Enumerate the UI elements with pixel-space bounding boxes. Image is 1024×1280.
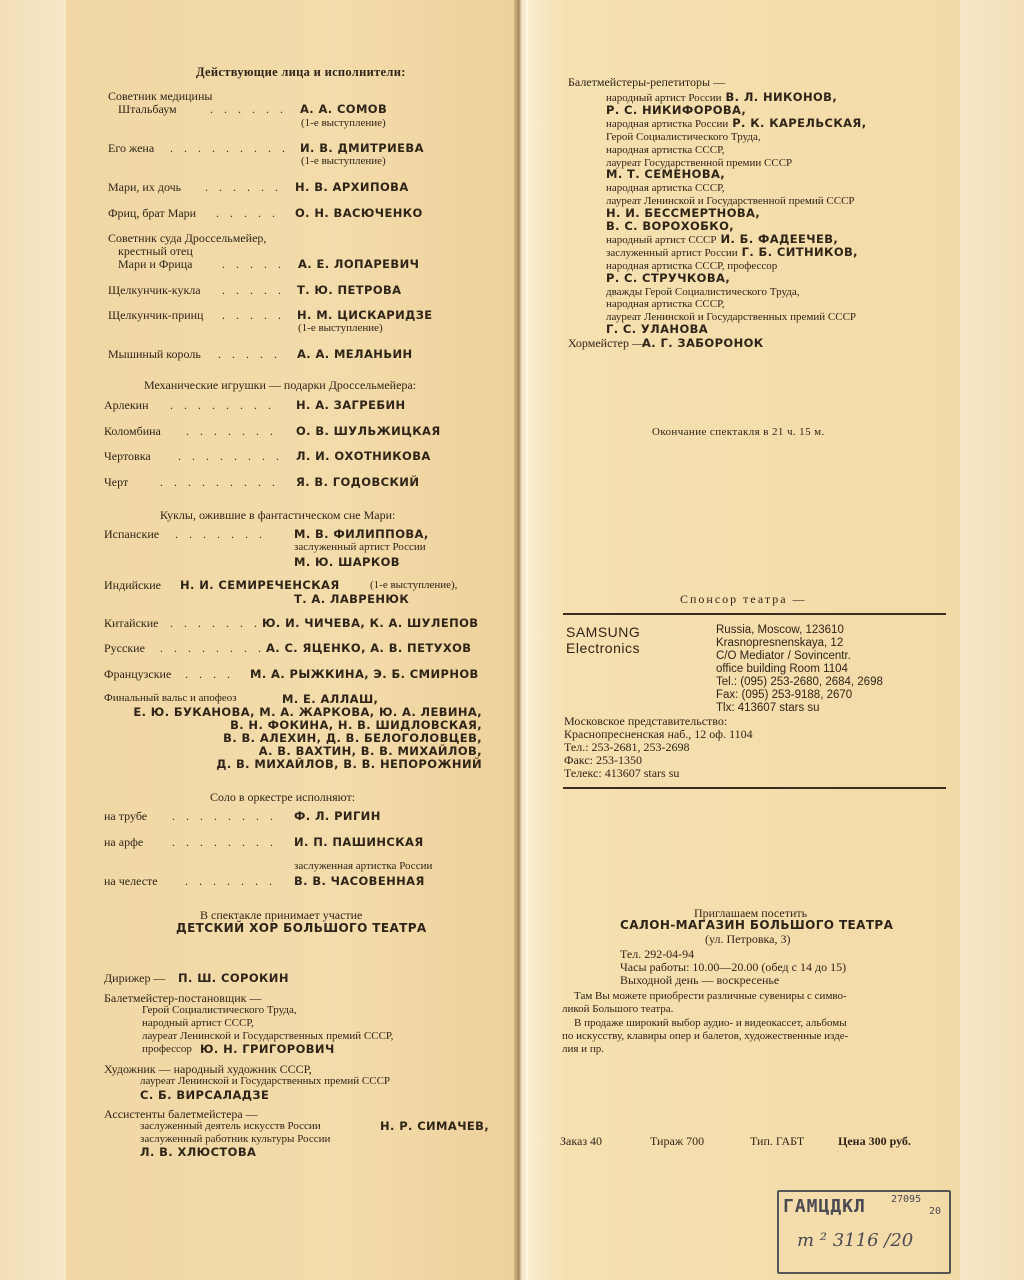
solo-heading: Соло в оркестре исполняют: — [210, 790, 355, 805]
performer-title: заслуженная артистка России — [294, 860, 432, 872]
shop-text: Там Вы можете приобрести различные сувен… — [574, 990, 847, 1002]
conductor-label: Дирижер — — [104, 971, 166, 986]
moscow-office-line: Телекс: 413607 stars su — [564, 766, 679, 781]
role-label: Чертовка — [104, 449, 151, 464]
imprint-price: Цена 300 руб. — [838, 1134, 911, 1149]
right-margin — [958, 0, 1024, 1280]
leader-dots: . . . . . . . . — [172, 835, 277, 850]
handwritten-number: m ² 3116 /20 — [797, 1230, 913, 1251]
performer-name: Н. А. ЗАГРЕБИН — [296, 398, 406, 412]
choreographer-title: народный артист СССР, — [142, 1017, 254, 1029]
role-label: Индийские — [104, 578, 161, 593]
choreographer-name: Ю. Н. ГРИГОРОВИЧ — [200, 1042, 335, 1056]
stamp-fraction: 20 — [929, 1206, 941, 1217]
performer-name: Л. И. ОХОТНИКОВА — [296, 449, 431, 463]
sponsor-address-line: C/O Mediator / Sovincentr. — [716, 650, 851, 663]
leader-dots: . . . . . . . . — [160, 641, 265, 656]
performer-name: Ф. Л. РИГИН — [294, 809, 381, 823]
role-label: на арфе — [104, 835, 143, 850]
artist-title: лауреат Ленинской и Государственных прем… — [140, 1075, 390, 1087]
role-label: Арлекин — [104, 398, 149, 413]
role-label: Щелкунчик-кукла — [108, 283, 201, 298]
performer-name: Н. М. ЦИСКАРИДЗЕ — [297, 308, 433, 322]
chorus-master-name: А. Г. ЗАБОРОНОК — [642, 336, 764, 350]
role-label: Русские — [104, 641, 145, 656]
performer-name: В. В. АЛЕХИН, Д. В. БЕЛОГОЛОВЦЕВ, — [223, 731, 482, 745]
performer-name: М. Ю. ШАРКОВ — [294, 555, 400, 569]
sponsor-heading: Спонсор театра — — [680, 592, 807, 607]
role-label: Коломбина — [104, 424, 161, 439]
performer-note: (1-е выступление), — [370, 579, 457, 591]
performer-name: А. А. МЕЛАНЬИН — [297, 347, 413, 361]
role-label: Фриц, брат Мари — [108, 206, 196, 221]
performer-note: (1-е выступление) — [301, 117, 386, 129]
leader-dots: . . . . — [185, 667, 234, 682]
leader-dots: . . . . . . . . . — [170, 141, 289, 156]
shop-text: лия и пр. — [562, 1043, 604, 1055]
leader-dots: . . . . . . . . — [178, 449, 283, 464]
assistant-title: заслуженный деятель искусств России — [140, 1120, 321, 1132]
end-time: Окончание спектакля в 21 ч. 15 м. — [652, 426, 825, 438]
sponsor-name: SAMSUNG — [566, 624, 640, 640]
repetitor-name: Г. С. УЛАНОВА — [606, 322, 708, 336]
sponsor-telex: Tlx: 413607 stars su — [716, 702, 820, 715]
shop-address: (ул. Петровка, 3) — [705, 932, 790, 947]
leader-dots: . . . . . — [222, 283, 285, 298]
leader-dots: . . . . . . — [205, 180, 282, 195]
performer-name: Т. Ю. ПЕТРОВА — [297, 283, 401, 297]
stamp-text: ГАМЦДКЛ — [783, 1196, 866, 1217]
leader-dots: . . . . . — [222, 257, 285, 272]
leader-dots: . . . . . . . . — [172, 809, 277, 824]
choreographer-prefix: профессор — [142, 1043, 192, 1055]
performer-name: Д. В. МИХАЙЛОВ, В. В. НЕПОРОЖНИЙ — [216, 757, 482, 771]
performer-name: В. В. ЧАСОВЕННАЯ — [294, 874, 425, 888]
role-label: Его жена — [108, 141, 154, 156]
performer-name: Я. В. ГОДОВСКИЙ — [296, 475, 419, 489]
sponsor-fax: Fax: (095) 253-9188, 2670 — [716, 689, 852, 702]
leader-dots: . . . . . . . — [170, 616, 261, 631]
divider — [563, 613, 946, 615]
role-label: Французские — [104, 667, 171, 682]
performer-name: В. Н. ФОКИНА, Н. В. ШИДЛОВСКАЯ, — [230, 718, 482, 732]
performer-note: (1-е выступление) — [301, 155, 386, 167]
role-label: Мари и Фрица — [118, 257, 193, 272]
assistant-name: Л. В. ХЛЮСТОВА — [140, 1145, 256, 1159]
leader-dots: . . . . . . . — [185, 874, 276, 889]
shop-name: САЛОН-МАГАЗИН БОЛЬШОГО ТЕАТРА — [620, 918, 893, 932]
performer-name: М. Е. АЛЛАШ, — [282, 692, 378, 706]
performer-note: заслуженный артист России — [294, 541, 426, 553]
role-label: Китайские — [104, 616, 158, 631]
left-margin — [0, 0, 66, 1280]
role-label: Мышиный король — [108, 347, 201, 362]
dolls-heading: Куклы, ожившие в фантастическом сне Мари… — [160, 508, 395, 523]
performer-name: И. П. ПАШИНСКАЯ — [294, 835, 424, 849]
performer-name: И. В. ДМИТРИЕВА — [300, 141, 424, 155]
role-label: на челесте — [104, 874, 158, 889]
role-label: на трубе — [104, 809, 147, 824]
role-label: Испанские — [104, 527, 159, 542]
sponsor-address-line: office building Room 1104 — [716, 663, 848, 676]
assistant-name: Н. Р. СИМАЧЕВ, — [380, 1119, 489, 1133]
choreographer-title: Герой Социалистического Труда, — [142, 1004, 297, 1016]
choir-name: ДЕТСКИЙ ХОР БОЛЬШОГО ТЕАТРА — [176, 921, 427, 935]
performer-name: Ю. И. ЧИЧЕВА, К. А. ШУЛЕПОВ — [262, 616, 478, 630]
toys-heading: Механические игрушки — подарки Дроссельм… — [144, 378, 416, 393]
cast-heading: Действующие лица и исполнители: — [196, 65, 406, 80]
performer-name: О. Н. ВАСЮЧЕНКО — [295, 206, 423, 220]
imprint-order: Заказ 40 — [560, 1134, 602, 1149]
divider — [563, 787, 946, 789]
performer-note: (1-е выступление) — [298, 322, 383, 334]
artist-name: С. Б. ВИРСАЛАДЗЕ — [140, 1088, 269, 1102]
choreographer-title: лауреат Ленинской и Государственных прем… — [142, 1030, 393, 1042]
shop-text: по искусству, клавиры опер и балетов, ху… — [562, 1030, 848, 1042]
role-label: Штальбаум — [118, 102, 177, 117]
role-label: Черт — [104, 475, 128, 490]
leader-dots: . . . . . . . . . — [160, 475, 279, 490]
conductor-name: П. Ш. СОРОКИН — [178, 971, 289, 985]
sponsor-phone: Tel.: (095) 253-2680, 2684, 2698 — [716, 676, 883, 689]
performer-name: М. А. РЫЖКИНА, Э. Б. СМИРНОВ — [250, 667, 479, 681]
leader-dots: . . . . . . . — [186, 424, 277, 439]
performer-name: Н. В. АРХИПОВА — [295, 180, 409, 194]
shop-day-off: Выходной день — воскресенье — [620, 973, 779, 988]
imprint-printer: Тип. ГАБТ — [750, 1134, 804, 1149]
performer-name: А. С. ЯЦЕНКО, А. В. ПЕТУХОВ — [266, 641, 471, 655]
role-label: Мари, их дочь — [108, 180, 181, 195]
performer-name: Т. А. ЛАВРЕНЮК — [294, 592, 409, 606]
page-fold — [514, 0, 528, 1280]
performer-name: Н. И. СЕМИРЕЧЕНСКАЯ — [180, 578, 340, 592]
performer-name: А. В. ВАХТИН, В. В. МИХАЙЛОВ, — [259, 744, 482, 758]
sponsor-address-line: Krasnopresnenskaya, 12 — [716, 637, 843, 650]
chorus-master-label: Хормейстер — — [568, 336, 644, 351]
performer-name: А. Е. ЛОПАРЕВИЧ — [298, 257, 419, 271]
sponsor-name: Electronics — [566, 640, 640, 656]
library-stamp: ГАМЦДКЛ 27095 20 m ² 3116 /20 — [777, 1190, 951, 1274]
leader-dots: . . . . . . . — [175, 527, 266, 542]
role-label: Щелкунчик-принц — [108, 308, 203, 323]
leader-dots: . . . . . — [216, 206, 279, 221]
stamp-number: 27095 — [891, 1194, 921, 1205]
leader-dots: . . . . . . . . — [170, 398, 275, 413]
sponsor-address-line: Russia, Moscow, 123610 — [716, 624, 844, 637]
leader-dots: . . . . . — [218, 347, 281, 362]
performer-name: М. В. ФИЛИППОВА, — [294, 527, 429, 541]
leader-dots: . . . . . — [222, 308, 285, 323]
performer-name: Е. Ю. БУКАНОВА, М. А. ЖАРКОВА, Ю. А. ЛЕВ… — [133, 705, 482, 719]
assistant-title: заслуженный работник культуры России — [140, 1133, 330, 1145]
leader-dots: . . . . . . — [210, 102, 287, 117]
performer-name: О. В. ШУЛЬЖИЦКАЯ — [296, 424, 441, 438]
shop-text: ликой Большого театра. — [562, 1003, 673, 1015]
role-label: Финальный вальс и апофеоз — [104, 692, 237, 704]
shop-text: В продаже широкий выбор аудио- и видеока… — [574, 1017, 847, 1029]
imprint-print-run: Тираж 700 — [650, 1134, 704, 1149]
performer-name: А. А. СОМОВ — [300, 102, 387, 116]
